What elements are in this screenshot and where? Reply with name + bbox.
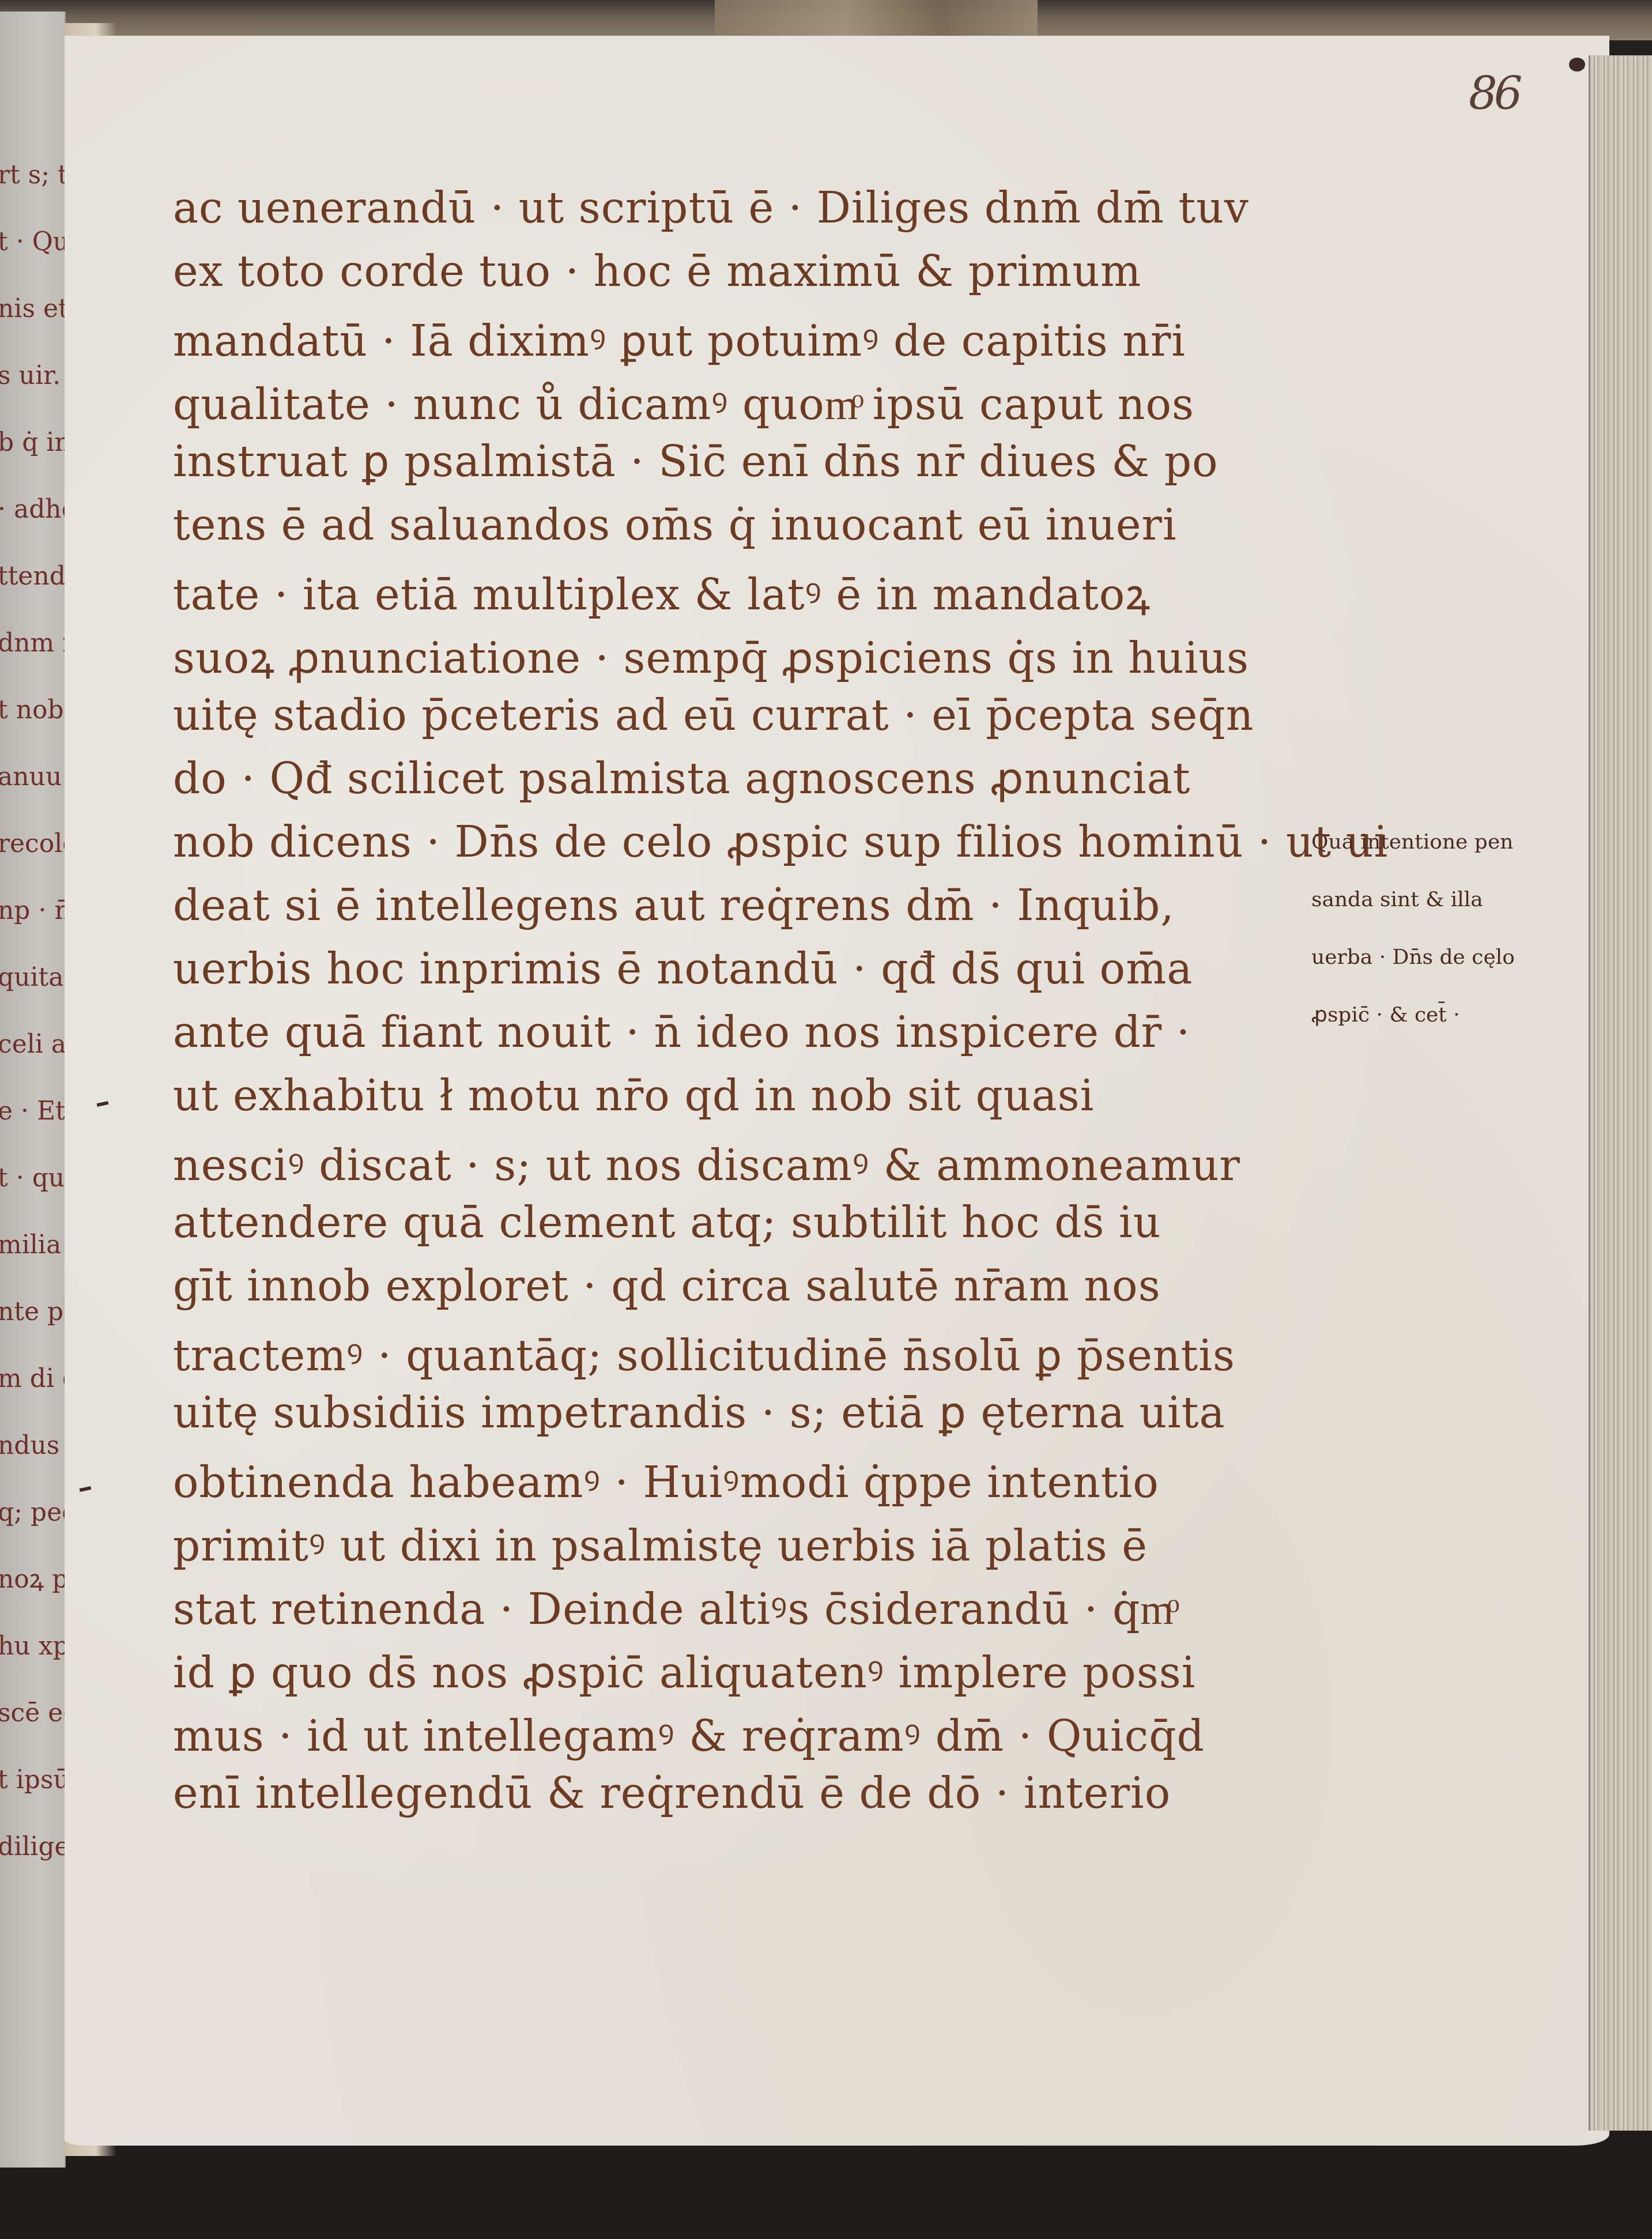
binding-clasp	[715, 0, 1038, 40]
text-line: mus · id ut intellegamꝰ & req̇ramꝰ dm̄ ·…	[173, 1705, 1326, 1769]
facing-page-line: diligen	[0, 1833, 66, 1861]
facing-page-line: np · n̄sc	[0, 897, 66, 925]
text-line: mandatū · Iā diximꝰ ꝑut potuimꝰ de capit…	[173, 310, 1326, 374]
facing-page-line: ndus · q	[0, 1432, 66, 1460]
text-line: do · Qđ scilicet psalmista agnoscens ꝓnu…	[173, 754, 1326, 817]
facing-page-line: scē eccl	[0, 1699, 66, 1727]
marginal-note-line: sanda sint & illa	[1311, 888, 1483, 928]
facing-page-line: m di g	[0, 1365, 66, 1393]
facing-page-line: nis etat	[0, 295, 66, 323]
facing-page-line: q; pec	[0, 1499, 66, 1526]
text-line: tate · ita etiā multiplex & latꝰ ē in ma…	[173, 564, 1326, 627]
facing-page-line: recolen	[0, 830, 66, 858]
text-line: deat si ē intellegens aut req̇rens dm̄ ·…	[173, 881, 1326, 944]
facing-page-line: celi a	[0, 1031, 66, 1058]
facing-page-line: noꝝ psal	[0, 1566, 66, 1593]
text-line: enī intellegendū & req̇rendū ē de dō · i…	[173, 1769, 1326, 1832]
facing-page-line: t nob · u	[0, 696, 66, 724]
facing-page-line: anuu n	[0, 763, 66, 791]
facing-page-line: milia	[0, 1231, 66, 1259]
facing-page-line: · adhoc	[0, 496, 66, 523]
facing-page-line: dnm nr	[0, 630, 66, 657]
marginal-note-line: Qua intentione pen	[1311, 830, 1513, 870]
text-line: nesciꝰ discat · s; ut nos discamꝰ & ammo…	[173, 1134, 1326, 1198]
text-line: instruat ꝑ psalmistā · Sic̄ enī dn̄s nr̄…	[173, 437, 1326, 500]
text-line: stat retinenda · Deinde altiꝰs c̄sideran…	[173, 1578, 1326, 1642]
marginal-note-line: uerba · Dn̄s de cęlo	[1311, 945, 1515, 986]
facing-page-line: t · Quia	[0, 228, 66, 256]
facing-page-line: hu xpi b	[0, 1633, 66, 1660]
facing-page-line: b q̇ ind	[0, 429, 66, 457]
facing-page-line: s uir. S;	[0, 362, 66, 390]
text-line: ante quā fiant nouit · n̄ ideo nos inspi…	[173, 1008, 1326, 1071]
marginal-note-line: ꝓspic̄ · & cet̄ ·	[1311, 1003, 1460, 1043]
facing-page-line: e · Et qu	[0, 1098, 66, 1125]
text-line: primitꝰ ut dixi in psalmistę uerbis iā p…	[173, 1515, 1326, 1578]
text-line: id ꝑ quo ds̄ nos ꝓspic̄ aliquatenꝰ imple…	[173, 1642, 1326, 1705]
text-line: uitę subsidiis impetrandis · s; etiā ꝑ ę…	[173, 1388, 1326, 1452]
text-line: qualitate · nunc ů dicamꝰ quomͦ ipsū cap…	[173, 374, 1326, 437]
text-line: attendere quā clement atq; subtilit hoc …	[173, 1198, 1326, 1261]
folio-number: 86	[1469, 68, 1519, 120]
text-line: uitę stadio p̄ceteris ad eū currat · eī …	[173, 691, 1326, 754]
text-line: gīt innob exploret · qd circa salutē nr̄…	[173, 1261, 1326, 1325]
text-line: obtinenda habeamꝰ · Huiꝰmodi q̇ppe inten…	[173, 1452, 1326, 1515]
book-binding-top	[0, 0, 1652, 40]
text-line: tractemꝰ · quantāq; sollicitudinē n̄solū…	[173, 1325, 1326, 1388]
fore-edge-page-stack	[1589, 55, 1652, 2131]
facing-page-line: t · quo	[0, 1164, 66, 1192]
text-line: tens ē ad saluandos om̄s q̇ inuocant eū …	[173, 500, 1326, 564]
text-line: nob dicens · Dn̄s de celo ꝓspic sup fili…	[173, 817, 1326, 881]
facing-page-line: t ipsū s	[0, 1766, 66, 1794]
facing-page-line: nte pl	[0, 1298, 66, 1326]
text-line: ut exhabitu ł motu nr̄o qd in nob sit qu…	[173, 1071, 1326, 1134]
facing-page-line: rt s; tam	[0, 161, 66, 189]
text-line: ex toto corde tuo · hoc ē maximū & primu…	[173, 247, 1326, 310]
text-line: uerbis hoc inprimis ē notandū · qđ ds̄ q…	[173, 944, 1326, 1008]
facing-page-edge: rt s; tamt · Quianis etats uir. S;b q̇ i…	[0, 12, 66, 2168]
text-line: ac uenerandū · ut scriptū ē · Diliges dn…	[173, 183, 1326, 247]
facing-page-line: quitate	[0, 964, 66, 992]
facing-page-line: ttenden	[0, 563, 66, 590]
ink-blot	[1569, 58, 1585, 71]
text-line: suoꝝ ꝓnunciatione · sempq̄ ꝓspiciens q̇s…	[173, 627, 1326, 691]
